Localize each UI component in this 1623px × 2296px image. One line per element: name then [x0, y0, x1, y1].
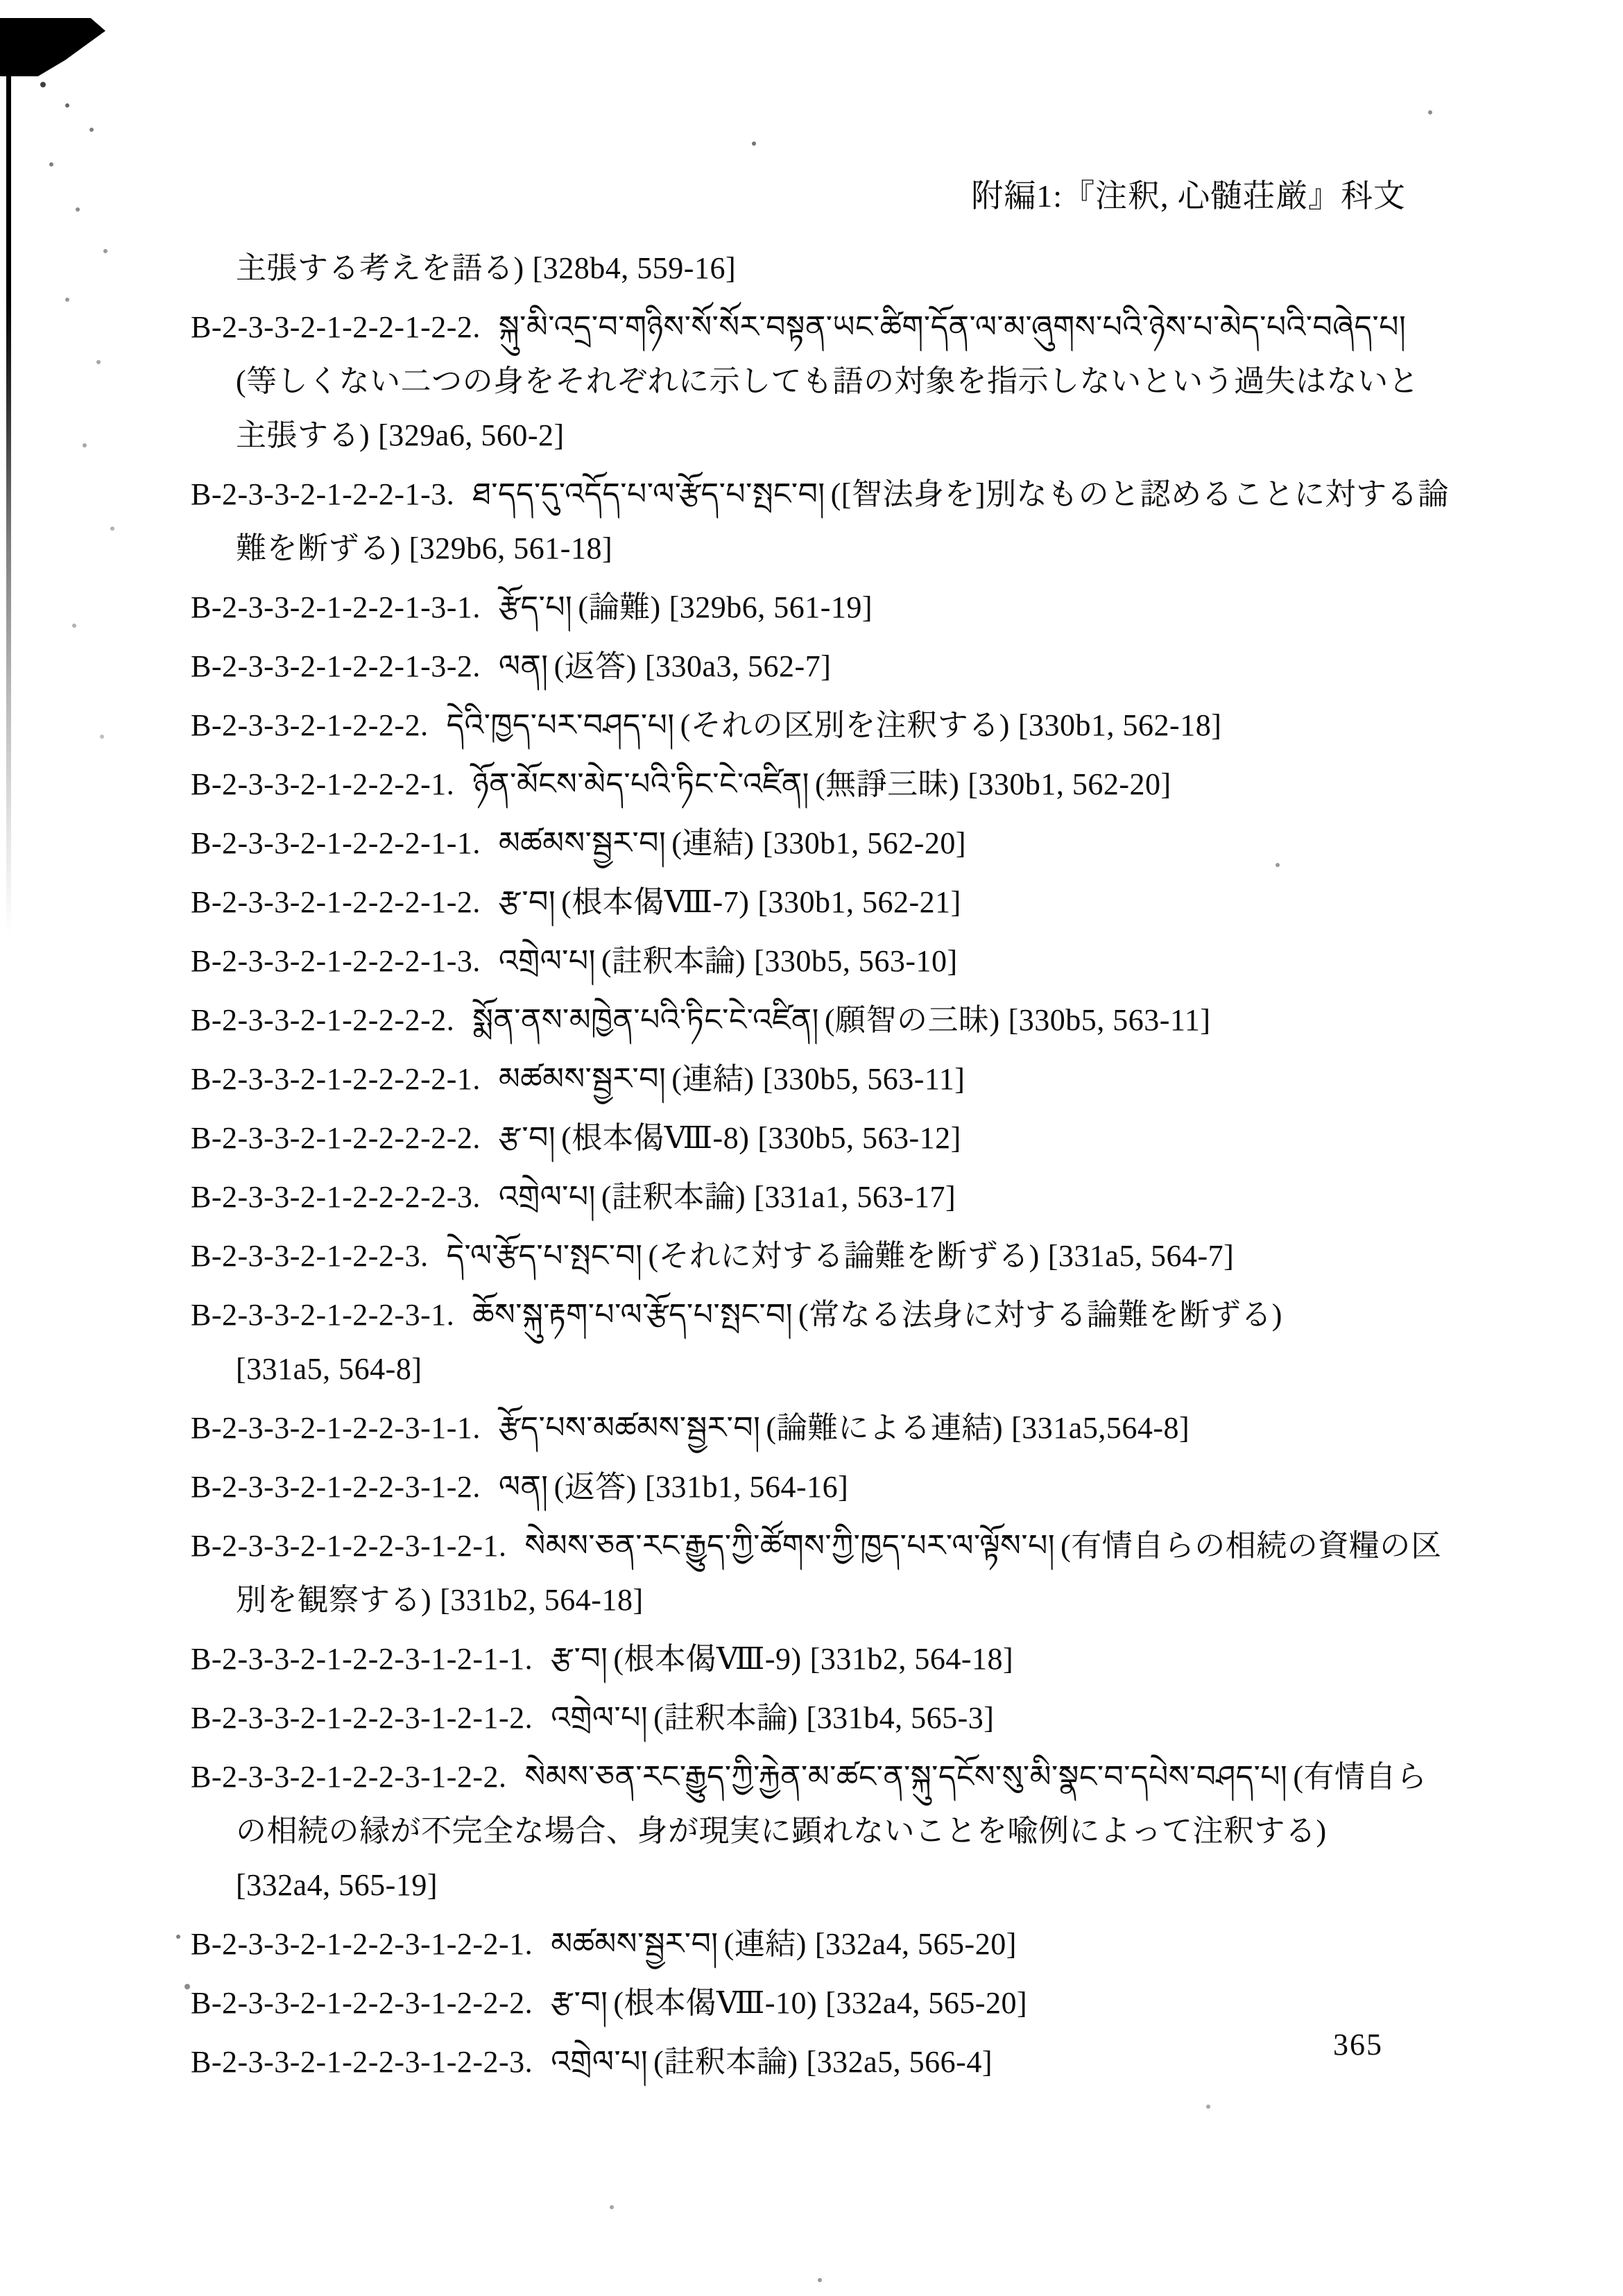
entry-folio-reference: [330b1, 562-18]: [1018, 708, 1221, 742]
entry-folio-reference: [331a5, 564-8]: [236, 1352, 422, 1386]
outline-entry: B-2-3-3-2-1-2-2-3-1-2-2-3.འགྲེལ་པ།(註釈本論)…: [191, 2035, 1450, 2089]
entry-folio-reference: [330b1, 562-20]: [968, 767, 1171, 801]
outline-entry: B-2-3-3-2-1-2-2-1-2-2.སྐུ་མི་འདྲ་བ་གཉིས་…: [191, 300, 1450, 463]
entry-tibetan-text: འགྲེལ་པ།: [499, 1180, 596, 1214]
entry-japanese-gloss: (連結): [724, 1927, 807, 1961]
entry-japanese-gloss: (返答): [554, 649, 637, 683]
entry-japanese-gloss: 主張する考えを語る): [236, 251, 524, 285]
entry-tibetan-text: དེའི་ཁྱད་པར་བཤད་པ།: [447, 708, 675, 742]
entry-japanese-gloss: (論難): [578, 590, 660, 624]
entry-japanese-gloss: (註釈本論): [653, 2045, 798, 2079]
entry-tibetan-text: རྩ་བ།: [551, 1986, 608, 2020]
entry-folio-reference: [328b4, 559-16]: [533, 251, 736, 285]
outline-entry: B-2-3-3-2-1-2-2-2-2.སྨོན་ནས་མཁྱེན་པའི་ཏི…: [191, 993, 1450, 1047]
outline-entry: B-2-3-3-2-1-2-2-3-1-2-2-1.མཚམས་སྦྱར་བ།(連…: [191, 1917, 1450, 1971]
entry-tibetan-text: རྩོད་པས་མཚམས་སྦྱར་བ།: [499, 1411, 760, 1445]
entry-japanese-gloss: (それに対する論難を断ずる): [648, 1239, 1039, 1273]
entry-folio-reference: [329b6, 561-19]: [669, 590, 873, 624]
entry-japanese-gloss: (根本偈Ⅷ-7): [561, 885, 749, 919]
entry-japanese-gloss: (根本偈Ⅷ-10): [613, 1986, 817, 2020]
entry-tibetan-text: དེ་ལ་རྩོད་པ་སྤང་བ།: [447, 1239, 643, 1273]
entry-japanese-gloss: (無諍三昧): [815, 767, 959, 801]
entry-tibetan-text: མཚམས་སྦྱར་བ།: [499, 1062, 666, 1096]
entry-number: B-2-3-3-2-1-2-2-1-2-2.: [191, 310, 481, 344]
entry-folio-reference: [331b4, 565-3]: [806, 1701, 994, 1735]
outline-entry: B-2-3-3-2-1-2-2-3-1.ཆོས་སྐུ་རྟག་པ་ལ་རྩོད…: [191, 1288, 1450, 1396]
entry-tibetan-text: སེམས་ཅན་རང་རྒྱུད་ཀྱི་ཚོགས་ཀྱི་ཁྱད་པར་ལ་ལ…: [525, 1529, 1056, 1563]
entry-tibetan-text: ཐ་དད་དུ་འདོད་པ་ལ་རྩོད་པ་སྤང་བ།: [472, 477, 825, 511]
entry-folio-reference: [330b1, 562-21]: [757, 885, 961, 919]
entry-number: B-2-3-3-2-1-2-2-3-1-2-1.: [191, 1529, 507, 1563]
entry-japanese-gloss: (註釈本論): [601, 1180, 746, 1214]
entry-number: B-2-3-3-2-1-2-2-3.: [191, 1239, 429, 1273]
outline-entry: B-2-3-3-2-1-2-2-2.དེའི་ཁྱད་པར་བཤད་པ།(それの…: [191, 699, 1450, 753]
entry-number: B-2-3-3-2-1-2-2-3-1-1.: [191, 1411, 481, 1445]
entry-number: B-2-3-3-2-1-2-2-2.: [191, 708, 429, 742]
entry-japanese-gloss: (返答): [554, 1470, 637, 1504]
entry-folio-reference: [332a5, 566-4]: [806, 2045, 993, 2079]
entry-tibetan-text: མཚམས་སྦྱར་བ།: [499, 826, 666, 860]
outline-entry: B-2-3-3-2-1-2-2-3-1-2-1-2.འགྲེལ་པ།(註釈本論)…: [191, 1691, 1450, 1745]
entry-number: B-2-3-3-2-1-2-2-2-1.: [191, 767, 454, 801]
entry-number: B-2-3-3-2-1-2-2-1-3.: [191, 477, 454, 511]
entry-number: B-2-3-3-2-1-2-2-3-1-2-2-3.: [191, 2045, 533, 2079]
entry-japanese-gloss: (連結): [671, 1062, 754, 1096]
entry-tibetan-text: སྨོན་ནས་མཁྱེན་པའི་ཏིང་ངེ་འཛིན།: [472, 1003, 819, 1037]
entry-japanese-gloss: (註釈本論): [601, 944, 746, 978]
entry-number: B-2-3-3-2-1-2-2-2-2-1.: [191, 1062, 481, 1096]
outline-entry: B-2-3-3-2-1-2-2-3-1-2-2-2.རྩ་བ།(根本偈Ⅷ-10)…: [191, 1976, 1450, 2030]
entry-number: B-2-3-3-2-1-2-2-1-3-2.: [191, 649, 481, 683]
entry-folio-reference: [331a1, 563-17]: [754, 1180, 956, 1214]
entry-number: B-2-3-3-2-1-2-2-3-1.: [191, 1298, 454, 1332]
entry-folio-reference: [331a5, 564-7]: [1048, 1239, 1235, 1273]
entry-tibetan-text: མཚམས་སྦྱར་བ།: [551, 1927, 718, 1961]
entry-folio-reference: [329b6, 561-18]: [409, 531, 612, 565]
entry-number: B-2-3-3-2-1-2-2-3-1-2-1-2.: [191, 1701, 533, 1735]
outline-entry: B-2-3-3-2-1-2-2-2-1-1.མཚམས་སྦྱར་བ།(連結)[3…: [191, 816, 1450, 871]
entry-japanese-gloss: (連結): [671, 826, 754, 860]
entry-folio-reference: [330b5, 563-11]: [1008, 1003, 1211, 1037]
outline-entry: B-2-3-3-2-1-2-2-3-1-1.རྩོད་པས་མཚམས་སྦྱར་…: [191, 1401, 1450, 1455]
entry-number: B-2-3-3-2-1-2-2-2-1-1.: [191, 826, 481, 860]
outline-entry: B-2-3-3-2-1-2-2-1-3-1.རྩོད་པ།(論難)[329b6,…: [191, 581, 1450, 635]
entry-number: B-2-3-3-2-1-2-2-2-1-2.: [191, 885, 481, 919]
entry-tibetan-text: ཆོས་སྐུ་རྟག་པ་ལ་རྩོད་པ་སྤང་བ།: [472, 1298, 793, 1332]
entry-tibetan-text: ལན།: [499, 1470, 549, 1504]
entry-number: B-2-3-3-2-1-2-2-2-1-3.: [191, 944, 481, 978]
scan-artifact-speckles: [0, 0, 3, 3]
entry-folio-reference: [330b5, 563-12]: [757, 1121, 961, 1155]
entry-number: B-2-3-3-2-1-2-2-2-2.: [191, 1003, 454, 1037]
entry-number: B-2-3-3-2-1-2-2-3-1-2-2-1.: [191, 1927, 533, 1961]
entry-tibetan-text: རྩ་བ།: [499, 885, 556, 919]
outline-entry: B-2-3-3-2-1-2-2-2-2-1.མཚམས་སྦྱར་བ།(連結)[3…: [191, 1052, 1450, 1106]
entry-japanese-gloss: (根本偈Ⅷ-8): [561, 1121, 749, 1155]
entry-folio-reference: [330b1, 562-20]: [763, 826, 966, 860]
running-header: 附編1:『注釈, 心髄荘厳』科文: [971, 179, 1406, 214]
outline-entry: B-2-3-3-2-1-2-2-3-1-2-2.སེམས་ཅན་རང་རྒྱུད…: [191, 1750, 1450, 1912]
entry-number: B-2-3-3-2-1-2-2-1-3-1.: [191, 590, 481, 624]
entry-tibetan-text: འགྲེལ་པ།: [551, 2045, 648, 2079]
entry-number: B-2-3-3-2-1-2-2-3-1-2-1-1.: [191, 1642, 533, 1676]
entry-number: B-2-3-3-2-1-2-2-3-1-2.: [191, 1470, 481, 1504]
entry-folio-reference: [331a5,564-8]: [1011, 1411, 1190, 1445]
outline-entry: B-2-3-3-2-1-2-2-3-1-2-1.སེམས་ཅན་རང་རྒྱུད…: [191, 1519, 1450, 1627]
outline-entry: 主張する考えを語る)[328b4, 559-16]: [191, 241, 1450, 295]
entry-japanese-gloss: (論難による連結): [766, 1411, 1003, 1445]
entry-japanese-gloss: (常なる法身に対する論難を断ずる): [798, 1298, 1282, 1332]
entry-tibetan-text: སྐུ་མི་འདྲ་བ་གཉིས་སོ་སོར་བསྟན་ཡང་ཚིག་དོན…: [499, 310, 1406, 344]
entry-tibetan-text: ལན།: [499, 649, 549, 683]
entry-number: B-2-3-3-2-1-2-2-3-1-2-2.: [191, 1760, 507, 1794]
outline-entry: B-2-3-3-2-1-2-2-2-2-3.འགྲེལ་པ།(註釈本論)[331…: [191, 1170, 1450, 1224]
outline-entry: B-2-3-3-2-1-2-2-1-3.ཐ་དད་དུ་འདོད་པ་ལ་རྩོ…: [191, 468, 1450, 576]
entry-tibetan-text: ཉོན་མོངས་མེད་པའི་ཏིང་ངེ་འཛིན།: [472, 767, 809, 801]
outline-list: 主張する考えを語る)[328b4, 559-16]B-2-3-3-2-1-2-2…: [191, 241, 1450, 2094]
entry-japanese-gloss: (註釈本論): [653, 1701, 798, 1735]
entry-folio-reference: [332a4, 565-19]: [236, 1868, 438, 1902]
entry-folio-reference: [329a6, 560-2]: [378, 418, 565, 452]
outline-entry: B-2-3-3-2-1-2-2-3.དེ་ལ་རྩོད་པ་སྤང་བ།(それに…: [191, 1229, 1450, 1283]
entry-tibetan-text: རྩོད་པ།: [499, 590, 572, 624]
entry-tibetan-text: འགྲེལ་པ།: [499, 944, 596, 978]
entry-japanese-gloss: (根本偈Ⅷ-9): [613, 1642, 801, 1676]
entry-tibetan-text: འགྲེལ་པ།: [551, 1701, 648, 1735]
outline-entry: B-2-3-3-2-1-2-2-2-1.ཉོན་མོངས་མེད་པའི་ཏིང…: [191, 757, 1450, 812]
entry-folio-reference: [332a4, 565-20]: [825, 1986, 1027, 2020]
entry-tibetan-text: སེམས་ཅན་རང་རྒྱུད་ཀྱི་རྐྱེན་མ་ཚང་ན་སྐུ་དང…: [525, 1760, 1288, 1794]
page-number: 365: [1333, 2027, 1383, 2062]
entry-tibetan-text: རྩ་བ།: [499, 1121, 556, 1155]
entry-number: B-2-3-3-2-1-2-2-3-1-2-2-2.: [191, 1986, 533, 2020]
scanned-page: 附編1:『注釈, 心髄荘厳』科文 主張する考えを語る)[328b4, 559-1…: [0, 0, 1623, 2296]
entry-number: B-2-3-3-2-1-2-2-2-2-2.: [191, 1121, 481, 1155]
scan-artifact-edge-line: [6, 69, 11, 936]
entry-tibetan-text: རྩ་བ།: [551, 1642, 608, 1676]
entry-number: B-2-3-3-2-1-2-2-2-2-3.: [191, 1180, 481, 1214]
entry-folio-reference: [330a3, 562-7]: [645, 649, 832, 683]
entry-folio-reference: [331b2, 564-18]: [810, 1642, 1013, 1676]
outline-entry: B-2-3-3-2-1-2-2-2-1-3.འགྲེལ་པ།(註釈本論)[330…: [191, 934, 1450, 988]
scan-artifact-corner-blob: [0, 18, 105, 76]
entry-folio-reference: [330b5, 563-10]: [754, 944, 957, 978]
outline-entry: B-2-3-3-2-1-2-2-2-2-2.རྩ་བ།(根本偈Ⅷ-8)[330b…: [191, 1111, 1450, 1165]
outline-entry: B-2-3-3-2-1-2-2-2-1-2.རྩ་བ།(根本偈Ⅷ-7)[330b…: [191, 875, 1450, 929]
entry-japanese-gloss: (願智の三昧): [825, 1003, 1000, 1037]
entry-folio-reference: [331b2, 564-18]: [440, 1583, 643, 1617]
entry-folio-reference: [332a4, 565-20]: [815, 1927, 1017, 1961]
entry-folio-reference: [331b1, 564-16]: [645, 1470, 848, 1504]
entry-folio-reference: [330b5, 563-11]: [763, 1062, 965, 1096]
outline-entry: B-2-3-3-2-1-2-2-3-1-2.ལན།(返答)[331b1, 564…: [191, 1460, 1450, 1514]
outline-entry: B-2-3-3-2-1-2-2-3-1-2-1-1.རྩ་བ།(根本偈Ⅷ-9)[…: [191, 1632, 1450, 1686]
entry-japanese-gloss: (それの区別を注釈する): [680, 708, 1010, 742]
outline-entry: B-2-3-3-2-1-2-2-1-3-2.ལན།(返答)[330a3, 562…: [191, 640, 1450, 694]
